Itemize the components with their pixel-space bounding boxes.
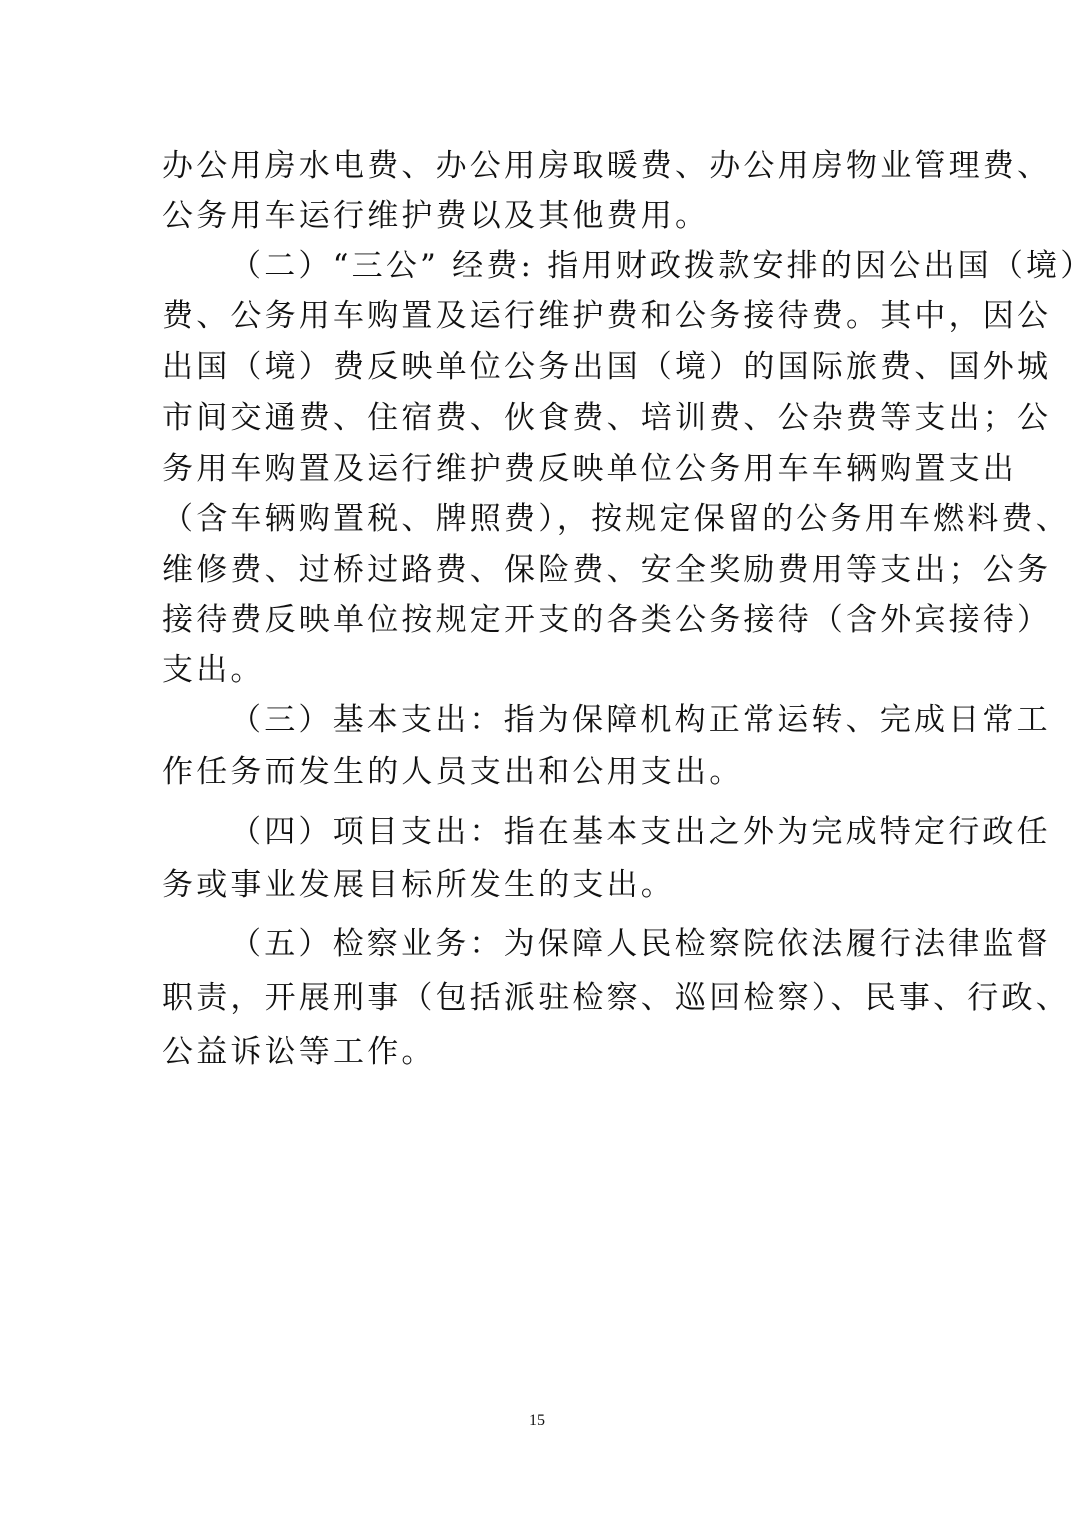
paragraph-line: 办公用房水电费、办公用房取暖费、办公用房物业管理费、 bbox=[162, 146, 922, 186]
document-page: 办公用房水电费、办公用房取暖费、办公用房物业管理费、 公务用车运行维护费以及其他… bbox=[0, 0, 1074, 1520]
section-heading-line: （四）项目支出：指在基本支出之外为完成特定行政任 bbox=[230, 812, 922, 852]
section-heading-line: （三）基本支出：指为保障机构正常运转、完成日常工 bbox=[230, 700, 922, 740]
page-number: 15 bbox=[0, 1412, 1074, 1430]
section-heading-line: （二）“三公” 经费: 指用财政拨款安排的因公出国（境） bbox=[230, 246, 922, 286]
paragraph-line: 公益诉讼等工作。 bbox=[162, 1032, 922, 1072]
paragraph-line: 务用车购置及运行维护费反映单位公务用车车辆购置支出 bbox=[162, 449, 922, 489]
paragraph-line: 出国（境）费反映单位公务出国（境）的国际旅费、国外城 bbox=[162, 347, 922, 387]
paragraph-line: 费、公务用车购置及运行维护费和公务接待费。其中，因公 bbox=[162, 296, 922, 336]
paragraph-line: 维修费、过桥过路费、保险费、安全奖励费用等支出；公务 bbox=[162, 550, 922, 590]
paragraph-line: 支出。 bbox=[162, 650, 922, 690]
paragraph-line: 务或事业发展目标所发生的支出。 bbox=[162, 865, 922, 905]
paragraph-line: 公务用车运行维护费以及其他费用。 bbox=[162, 196, 922, 236]
section-heading-line: （五）检察业务：为保障人民检察院依法履行法律监督 bbox=[230, 924, 922, 964]
paragraph-line: 职责，开展刑事（包括派驻检察、巡回检察）、民事、行政、 bbox=[162, 978, 922, 1018]
paragraph-line: 作任务而发生的人员支出和公用支出。 bbox=[162, 752, 922, 792]
paragraph-line: 市间交通费、住宿费、伙食费、培训费、公杂费等支出；公 bbox=[162, 398, 922, 438]
paragraph-line: （含车辆购置税、牌照费），按规定保留的公务用车燃料费、 bbox=[162, 499, 922, 539]
paragraph-line: 接待费反映单位按规定开支的各类公务接待（含外宾接待） bbox=[162, 600, 922, 640]
